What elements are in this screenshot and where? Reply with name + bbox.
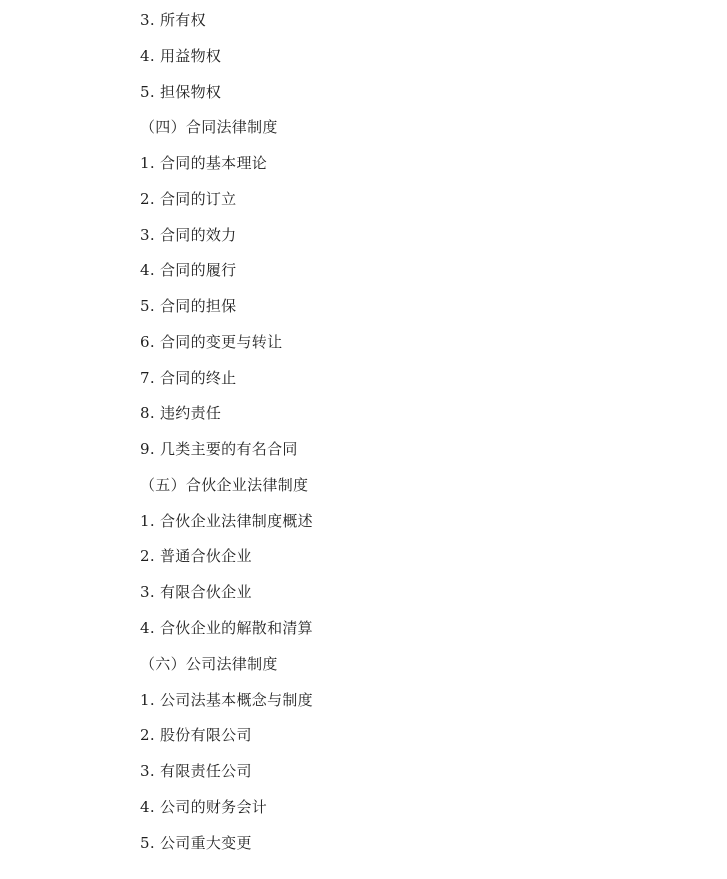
toc-item: 5. 公司重大变更	[140, 826, 687, 862]
toc-item: 4. 合同的履行	[140, 253, 687, 289]
toc-item: 3. 合同的效力	[140, 218, 687, 254]
toc-item: 5. 担保物权	[140, 75, 687, 111]
toc-item: 4. 用益物权	[140, 39, 687, 75]
document-page: 3. 所有权4. 用益物权5. 担保物权（四）合同法律制度1. 合同的基本理论2…	[0, 0, 727, 879]
toc-section-heading: （四）合同法律制度	[140, 110, 687, 146]
toc-item: 3. 所有权	[140, 3, 687, 39]
toc-item: 7. 合同的终止	[140, 361, 687, 397]
toc-item: 2. 普通合伙企业	[140, 539, 687, 575]
toc-section-heading: （五）合伙企业法律制度	[140, 468, 687, 504]
toc-item: 1. 合伙企业法律制度概述	[140, 504, 687, 540]
toc-item: 2. 合同的订立	[140, 182, 687, 218]
toc-item: 1. 合同的基本理论	[140, 146, 687, 182]
toc-list: 3. 所有权4. 用益物权5. 担保物权（四）合同法律制度1. 合同的基本理论2…	[140, 3, 687, 861]
toc-item: 8. 违约责任	[140, 396, 687, 432]
toc-item: 2. 股份有限公司	[140, 718, 687, 754]
toc-item: 6. 合同的变更与转让	[140, 325, 687, 361]
toc-item: 5. 合同的担保	[140, 289, 687, 325]
toc-item: 9. 几类主要的有名合同	[140, 432, 687, 468]
toc-item: 3. 有限责任公司	[140, 754, 687, 790]
toc-item: 4. 合伙企业的解散和清算	[140, 611, 687, 647]
toc-section-heading: （六）公司法律制度	[140, 647, 687, 683]
toc-item: 4. 公司的财务会计	[140, 790, 687, 826]
toc-item: 1. 公司法基本概念与制度	[140, 683, 687, 719]
toc-item: 3. 有限合伙企业	[140, 575, 687, 611]
